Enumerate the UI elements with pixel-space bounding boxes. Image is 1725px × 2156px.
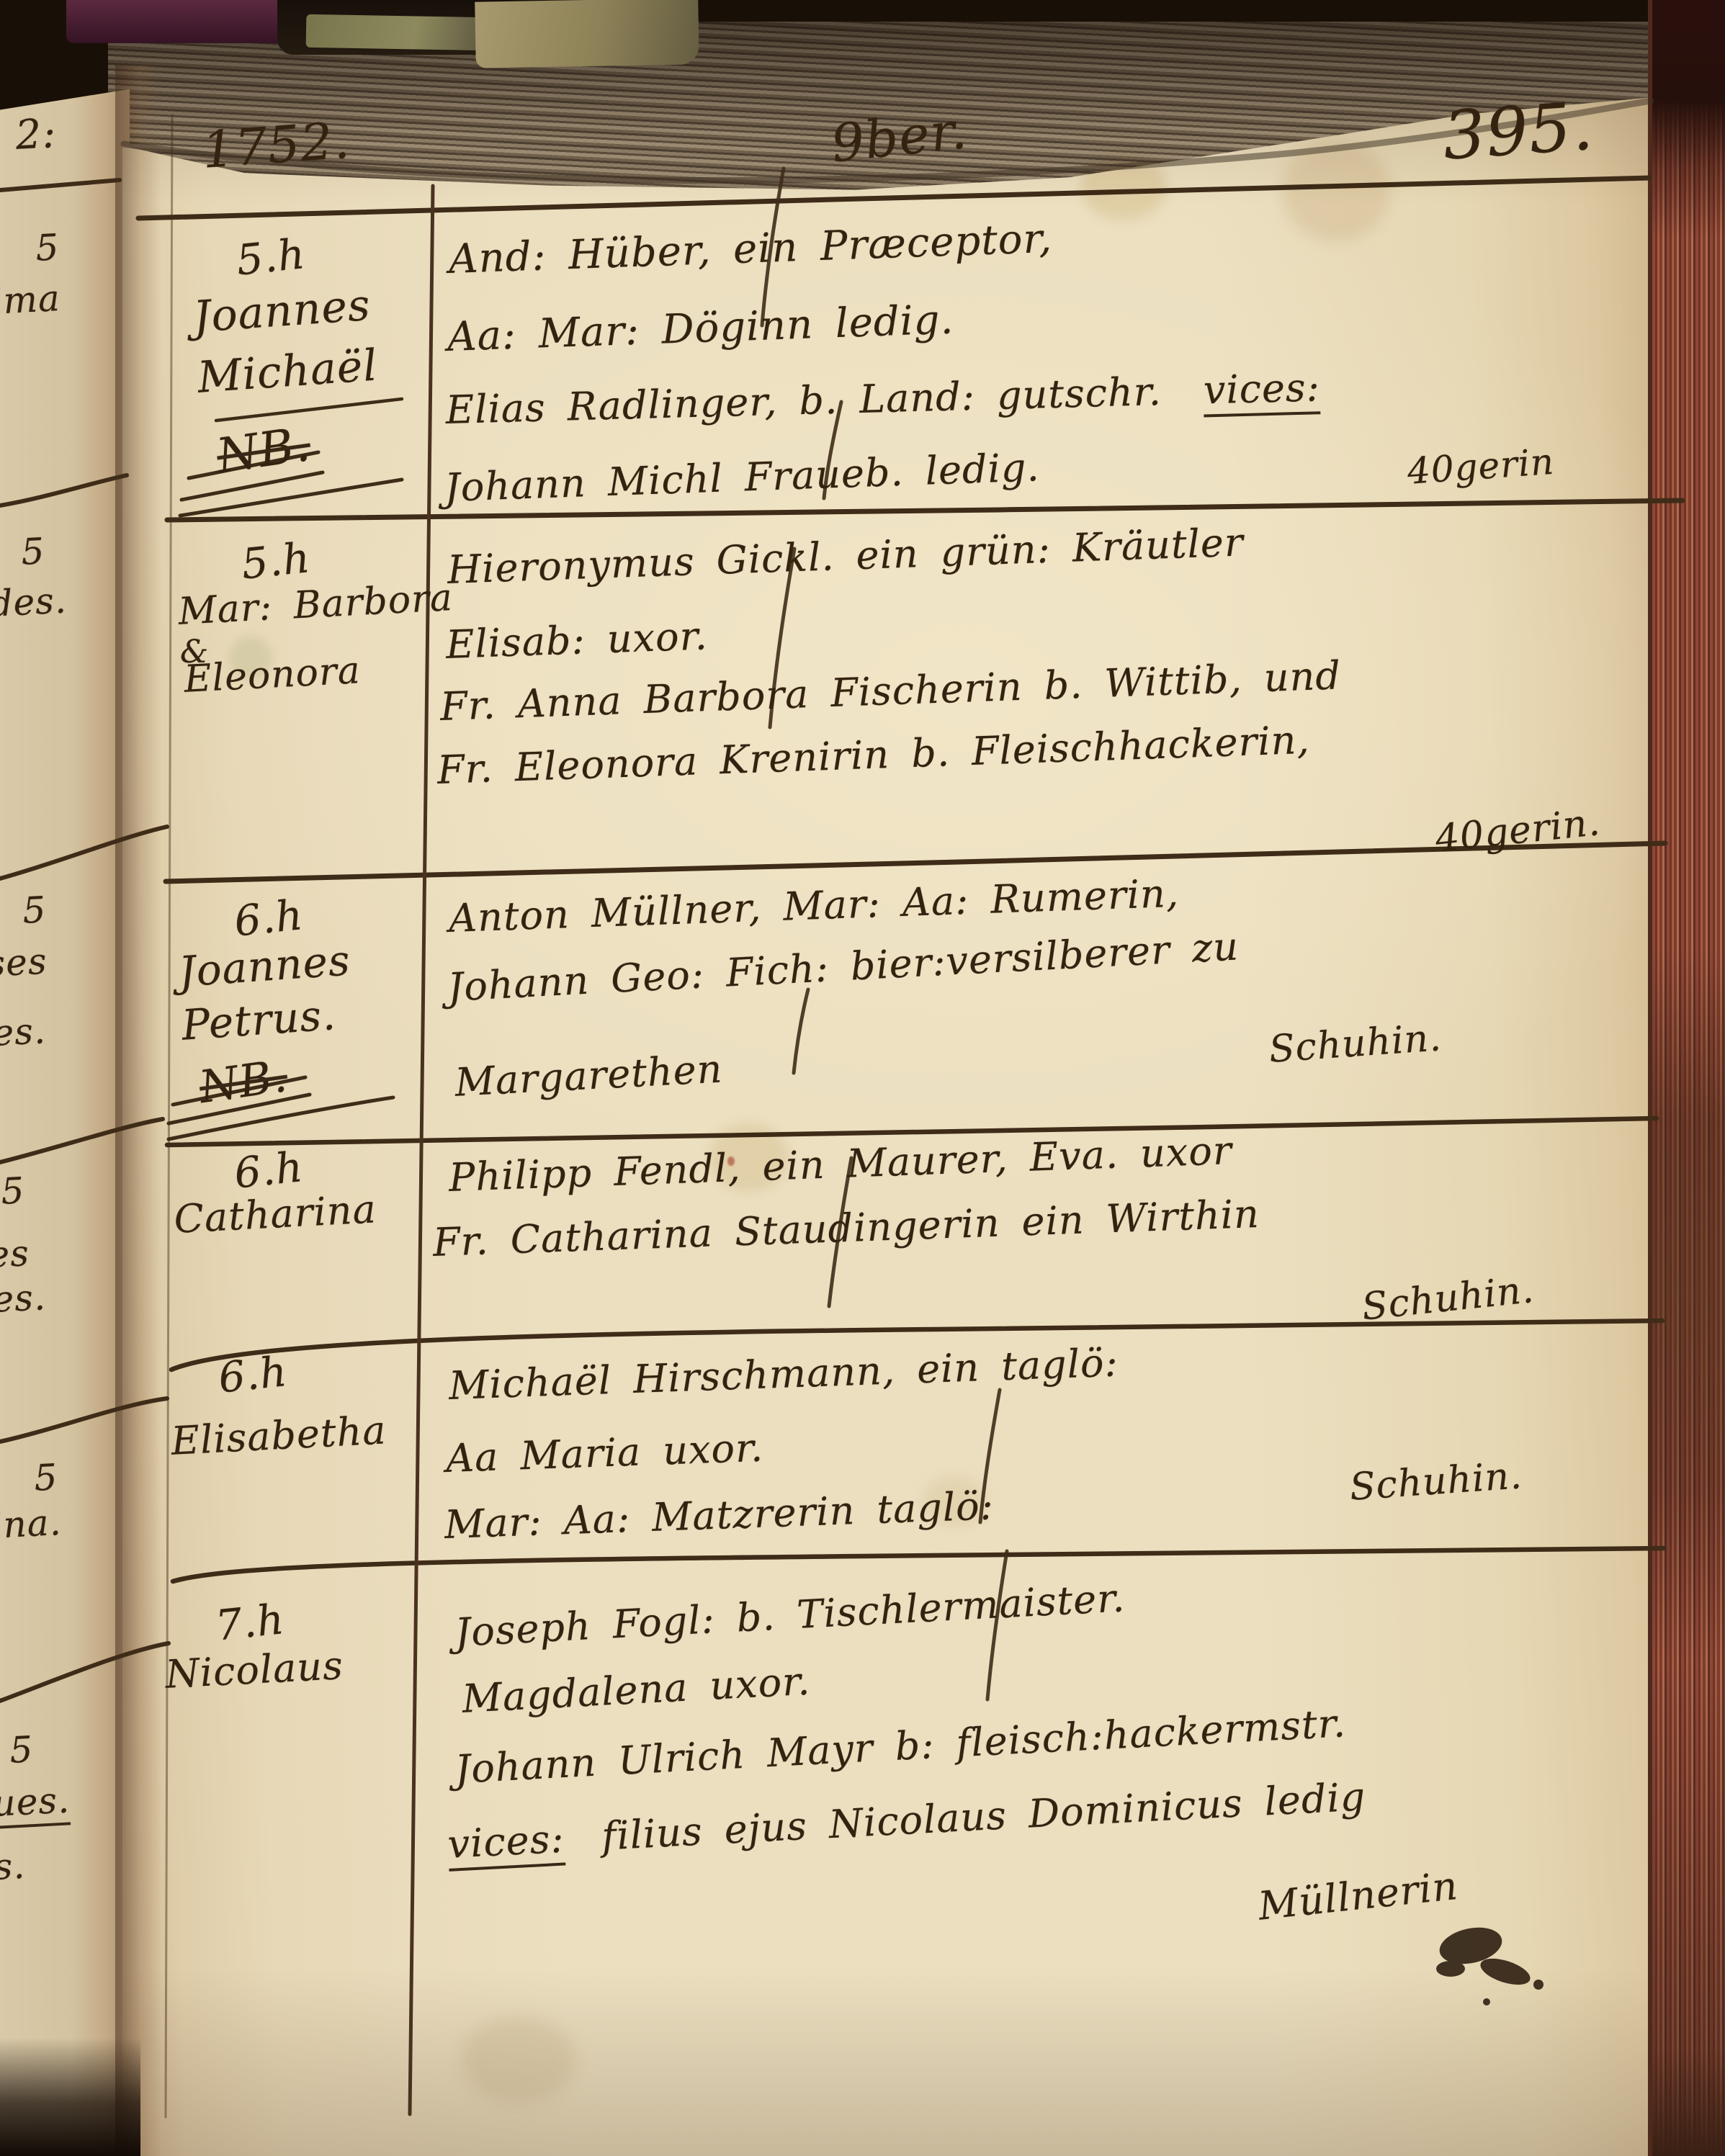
bottom-left-shadow bbox=[0, 2038, 140, 2156]
binding-cloth-green bbox=[306, 14, 487, 50]
previous-page-edge bbox=[0, 85, 130, 2156]
binding-cloth-tan bbox=[475, 0, 699, 68]
scanned-parish-register-photo: { "header": { "year": "1752.", "month": … bbox=[0, 0, 1725, 2156]
red-speckled-fore-edge bbox=[1648, 0, 1725, 2156]
register-page bbox=[122, 58, 1651, 2156]
binding-cloth-maroon bbox=[66, 0, 286, 43]
